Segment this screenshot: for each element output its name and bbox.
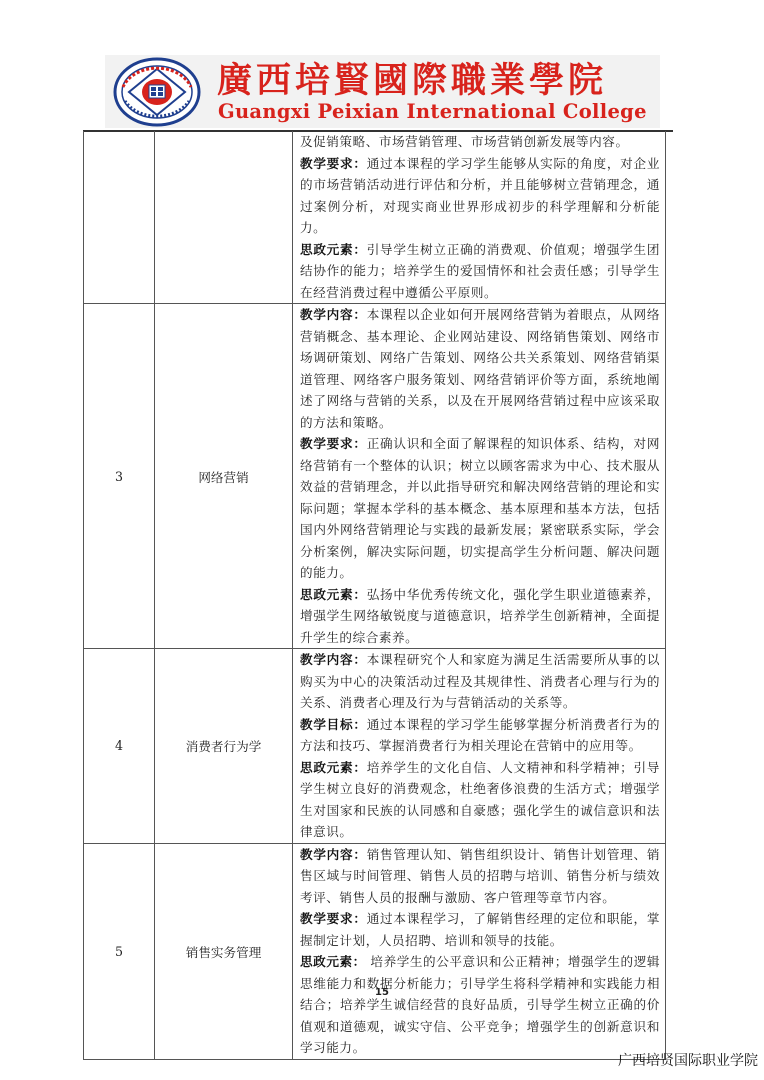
ideology-element-paragraph: 思政元素：引导学生树立正确的消费观、价值观；增强学生团结协作的能力；培养学生的爱… — [300, 239, 660, 304]
table-row: 5 销售实务管理 教学内容：销售管理认知、销售组织设计、销售计划管理、销售区域与… — [84, 843, 666, 1059]
teaching-objective-paragraph: 教学目标：通过本课程的学习学生能够掌握分析消费者行为的方法和技巧、掌握消费者行为… — [300, 714, 660, 757]
paragraph-label: 思政元素： — [300, 954, 366, 969]
course-description-cell: 教学内容：本课程以企业如何开展网络营销为着眼点，从网络营销概念、基本理论、企业网… — [293, 304, 666, 649]
college-name-english: Guangxi Peixian International College — [218, 101, 647, 123]
teaching-content-paragraph: 教学内容：本课程以企业如何开展网络营销为着眼点，从网络营销概念、基本理论、企业网… — [300, 304, 660, 433]
ideology-element-paragraph: 思政元素： 培养学生的公平意识和公正精神；增强学生的逻辑思维能力和数据分析能力；… — [300, 951, 660, 1059]
ideology-element-paragraph: 思政元素：弘扬中华优秀传统文化，强化学生职业道德素养，增强学生网络敏锐度与道德意… — [300, 584, 660, 649]
teaching-requirement-paragraph: 教学要求：通过本课程学习，了解销售经理的定位和职能，掌握制定计划，人员招聘、培训… — [300, 908, 660, 951]
paragraph-label: 教学内容： — [300, 307, 367, 322]
course-name-cell: 销售实务管理 — [155, 843, 293, 1059]
course-number-cell: 4 — [84, 649, 155, 844]
course-description-cell: 教学内容：本课程研究个人和家庭为满足生活需要所从事的以购买为中心的决策活动过程及… — [293, 649, 666, 844]
course-number-cell: 3 — [84, 304, 155, 649]
paragraph-label: 思政元素： — [300, 587, 367, 602]
page-number: 15 — [0, 987, 764, 998]
college-header-banner: 廣西培賢國際職業學院 Guangxi Peixian International… — [105, 55, 660, 128]
course-name-cell — [155, 131, 293, 304]
course-name-cell: 网络营销 — [155, 304, 293, 649]
table-row: 3 网络营销 教学内容：本课程以企业如何开展网络营销为着眼点，从网络营销概念、基… — [84, 304, 666, 649]
course-number-cell: 5 — [84, 843, 155, 1059]
course-description-cell: 教学内容：销售管理认知、销售组织设计、销售计划管理、销售区域与时间管理、销售人员… — [293, 843, 666, 1059]
paragraph-label: 教学要求： — [300, 156, 367, 171]
description-paragraph: 及促销策略、市场营销管理、市场营销创新发展等内容。 — [300, 131, 660, 153]
paragraph-label: 思政元素： — [300, 242, 367, 257]
course-description-cell: 及促销策略、市场营销管理、市场营销创新发展等内容。 教学要求：通过本课程的学习学… — [293, 131, 666, 304]
paragraph-label: 教学内容： — [300, 847, 367, 862]
course-table: 及促销策略、市场营销管理、市场营销创新发展等内容。 教学要求：通过本课程的学习学… — [83, 131, 666, 1060]
paragraph-label: 思政元素： — [300, 760, 367, 775]
paragraph-label: 教学目标： — [300, 717, 367, 732]
course-number-cell — [84, 131, 155, 304]
teaching-content-paragraph: 教学内容：本课程研究个人和家庭为满足生活需要所从事的以购买为中心的决策活动过程及… — [300, 649, 660, 714]
table-row: 及促销策略、市场营销管理、市场营销创新发展等内容。 教学要求：通过本课程的学习学… — [84, 131, 666, 304]
college-name-chinese: 廣西培賢國際職業學院 — [217, 61, 607, 101]
footer-organization: 广西培贤国际职业学院 — [618, 1050, 758, 1070]
teaching-requirement-paragraph: 教学要求：通过本课程的学习学生能够从实际的角度，对企业的市场营销活动进行评估和分… — [300, 153, 660, 239]
paragraph-label: 教学内容： — [300, 652, 367, 667]
college-logo-icon — [113, 57, 201, 127]
ideology-element-paragraph: 思政元素：培养学生的文化自信、人文精神和科学精神；引导学生树立良好的消费观念，杜… — [300, 757, 660, 843]
teaching-content-paragraph: 教学内容：销售管理认知、销售组织设计、销售计划管理、销售区域与时间管理、销售人员… — [300, 844, 660, 909]
paragraph-label: 教学要求： — [300, 911, 367, 926]
paragraph-label: 教学要求： — [300, 436, 367, 451]
course-name-cell: 消费者行为学 — [155, 649, 293, 844]
teaching-requirement-paragraph: 教学要求：正确认识和全面了解课程的知识体系、结构，对网络营销有一个整体的认识；树… — [300, 433, 660, 584]
table-row: 4 消费者行为学 教学内容：本课程研究个人和家庭为满足生活需要所从事的以购买为中… — [84, 649, 666, 844]
